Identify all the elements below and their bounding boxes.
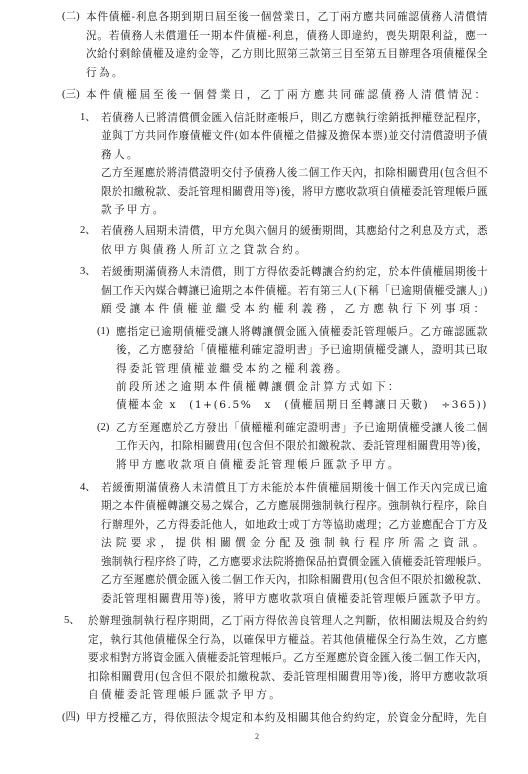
text-line: 並與丁方共同作廢債權文件(如本件債權之借據及擔保本票)並交付清償證明予債 xyxy=(101,129,488,143)
text-line: 若債務人屆期未清償，甲方允與六個月的緩衝期間，其應給付之利息及方式，悉 xyxy=(101,224,488,238)
item-marker: 2、 xyxy=(80,224,96,238)
text-line: 願受讓本件債權並繼受本約權利義務，乙方應執行下列事項： xyxy=(101,302,488,316)
text-line: 乙方至遲應於乙方發出「債權權利確定證明書」予已逾期債權受讓人後二個 xyxy=(116,421,488,435)
text-line: 行辦理外，乙方得委託他人，如地政士或丁方等協助處理；乙方並應配合丁方及 xyxy=(101,518,488,532)
item-marker: 3、 xyxy=(80,265,96,279)
text-line: 強制執行程序終了時，乙方應要求法院將擔保品拍賣價金匯入債權委託管理帳戶。 xyxy=(101,555,488,569)
text-line: 限於扣繳稅款、委託管理相關費用等)後，將甲方應收款項自債權委託管理帳戶匯 xyxy=(101,185,488,199)
text-line: 自債權委託管理帳戶匯款予甲方。 xyxy=(88,688,282,702)
text-line: 定，執行其他債權保全行為，以確保甲方權益。若其他債權保全行為生效，乙方應 xyxy=(88,633,488,647)
page-number: 2 xyxy=(255,732,259,741)
text-line: 務人。 xyxy=(101,148,140,162)
text-line: 工作天內，扣除相關費用(包含但不限於扣繳稅款、委託管理相關費用等)後， xyxy=(116,439,488,453)
item-marker: 4、 xyxy=(80,481,96,495)
text-line: 將甲方應收款項自債權委託管理帳戶匯款予甲方。 xyxy=(116,458,401,472)
section-marker: (三) xyxy=(62,88,80,102)
text-line: 甲方授權乙方，得依照法令規定和本約及相關其他合約約定，於資金分配時，先自 xyxy=(86,711,488,725)
sub-item-marker: (2) xyxy=(97,421,109,435)
text-line: 委託管理相關費用等)後，將甲方應收款項自債權委託管理帳戶匯款予甲方。 xyxy=(101,592,488,606)
text-line: 法院要求，提供相關價金分配及強制執行程序所需之資訊。 xyxy=(101,536,488,550)
sub-item-marker: (1) xyxy=(97,325,109,339)
text-line: 個工作天內媒合轉讓已逾期之本件債權。若有第三人(下稱「已逾期債權受讓人」) xyxy=(101,284,488,298)
text-line: 本件債權屆至後一個營業日，乙丁兩方應共同確認債務人清償情況： xyxy=(86,88,488,102)
text-line: 本件債權-利息各期到期日屆至後一個營業日，乙丁兩方應共同確認債務人清償情 xyxy=(86,10,488,24)
text-line: 得委託管理債權並繼受本約之權利義務。 xyxy=(116,362,349,376)
text-line: 次給付剩餘債權及違約金等，乙方則比照第三款第三目至第五目辦理各項債權保全 xyxy=(86,47,488,61)
section-marker: (二) xyxy=(62,10,80,24)
text-line: 若緩衝期滿債務人未清償且丁方未能於本件債權屆期後十個工作天內完成已逾 xyxy=(101,481,488,495)
text-line: 應指定已逾期債權受讓人將轉讓價金匯入債權委託管理帳戶。乙方確認匯款 xyxy=(116,325,488,339)
text-line: 期之本件債權轉讓交易之媒合，乙方應展開強制執行程序。強制執行程序，除自 xyxy=(101,499,488,513)
text-line: 前段所述之逾期本件債權轉讓價金計算方式如下： xyxy=(116,380,401,394)
text-line: 要求相對方將資金匯入債權委託管理帳戶。乙方至遲應於資金匯入後二個工作天內， xyxy=(88,651,488,665)
text-line: 行為。 xyxy=(86,66,125,80)
text-line: 依甲方與債務人所訂立之貸款合約。 xyxy=(101,243,308,257)
price-formula: 債權本金 x (1+(6.5% x (債權屆期日至轉讓日天數) ÷365)) xyxy=(116,398,488,412)
text-line: 況。若債務人未償還任一期本件債權-利息，債務人即違約，喪失期限利益，應一 xyxy=(86,29,488,43)
item-marker: 5、 xyxy=(64,614,80,628)
text-line: 乙方至遲應於價金匯入後二個工作天內，扣除相關費用(包含但不限於扣繳稅款、 xyxy=(101,573,488,587)
text-line: 於辦理強制執行程序期間，乙丁兩方得依善良管理人之判斷，依相關法規及合約約 xyxy=(88,614,488,628)
text-line: 若債務人已將清償價金匯入信託財產帳戶，則乙方應執行塗銷抵押權登記程序， xyxy=(101,111,488,125)
text-line: 若緩衝期滿債務人未清償，則丁方得依委託轉讓合約約定，於本件債權屆期後十 xyxy=(101,265,488,279)
text-line: 後，乙方應發給「債權權利確定證明書」予已逾期債權受讓人，證明其已取 xyxy=(116,343,488,357)
text-line: 扣除相關費用(包含但不限於扣繳稅款、委託管理相關費用等)後，將甲方應收款項 xyxy=(88,670,488,684)
text-line: 款予甲方。 xyxy=(101,203,166,217)
item-marker: 1、 xyxy=(80,111,96,125)
text-line: 乙方至遲應於將清償證明交付予債務人後二個工作天內，扣除相關費用(包含但不 xyxy=(101,166,488,180)
section-marker: (四) xyxy=(62,711,80,725)
document-page: (二) 本件債權-利息各期到期日屆至後一個營業日，乙丁兩方應共同確認債務人清償情… xyxy=(0,0,528,774)
